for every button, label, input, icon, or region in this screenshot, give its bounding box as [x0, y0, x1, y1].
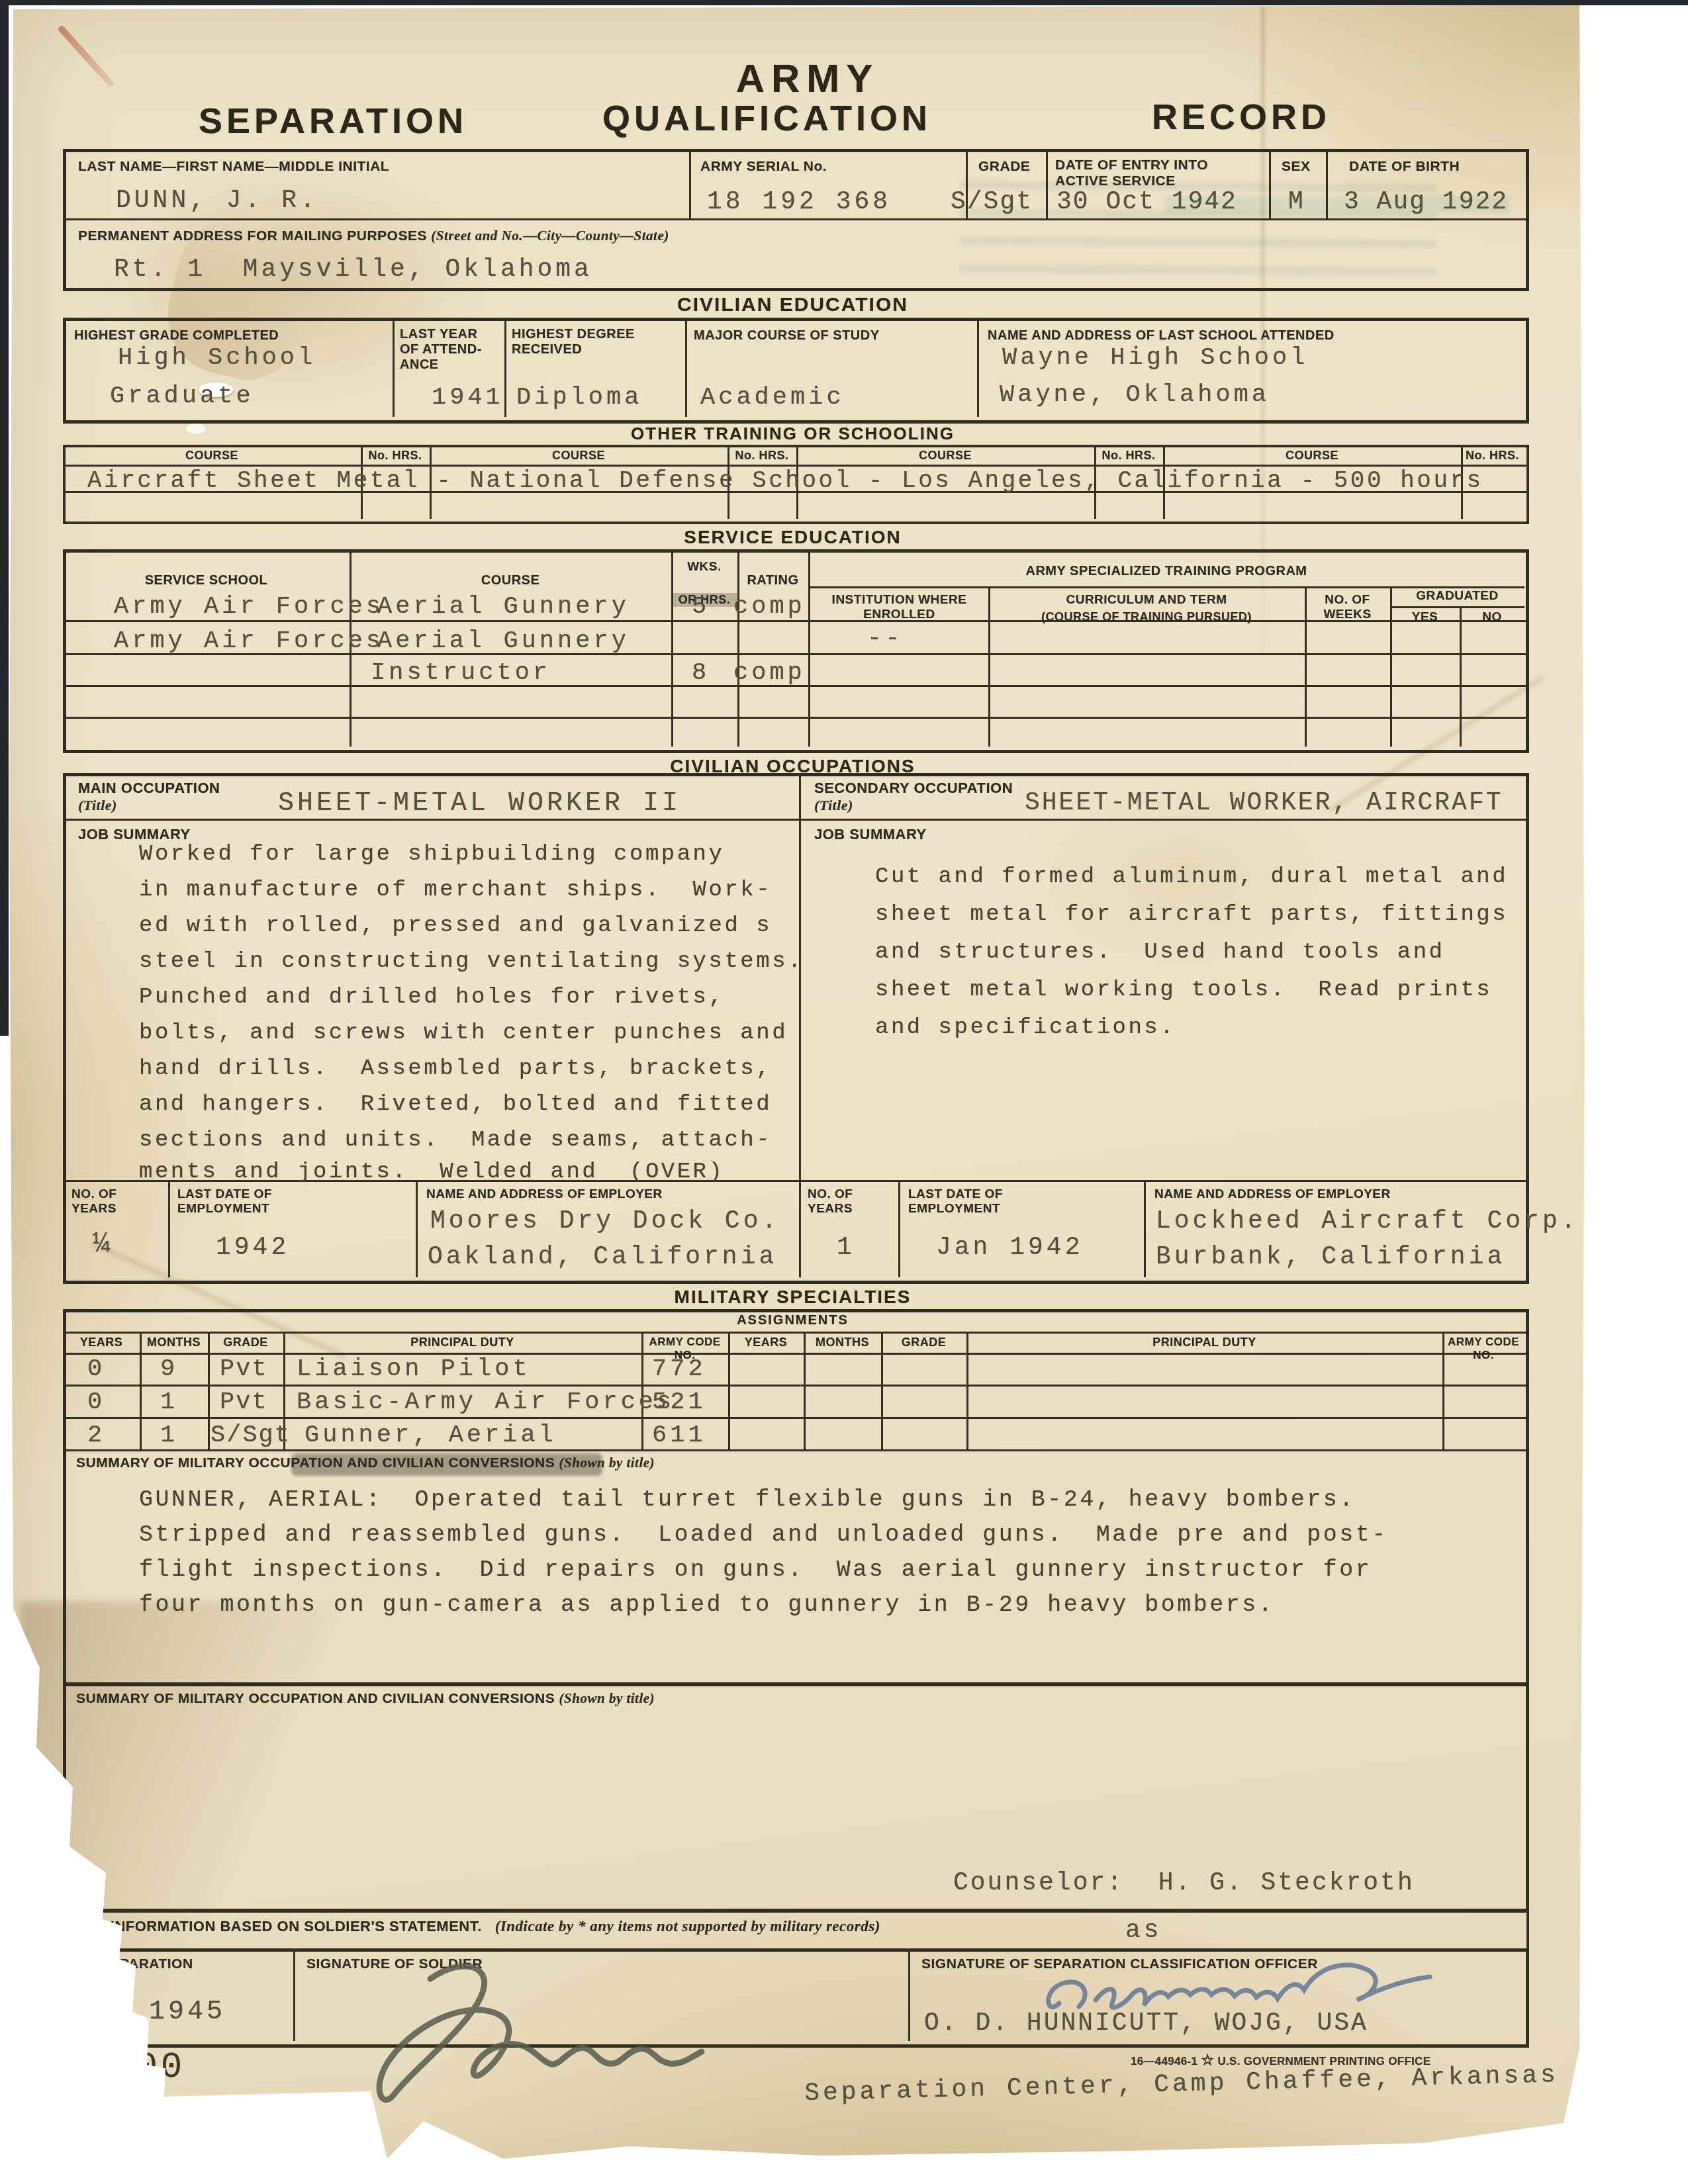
last-year-label: LAST YEAR OF ATTEND-ANCE	[400, 327, 492, 373]
ms-row-years: 0	[87, 1388, 105, 1416]
main-summary-line: Punched and drilled holes for rivets,	[139, 985, 724, 1010]
secondary-summary-line: and specifications.	[875, 1015, 1176, 1040]
separation-date-value: 1945	[149, 1997, 226, 2027]
main-summary-line: Worked for large shipbuilding company	[139, 842, 724, 867]
secondary-employer-label: NAME AND ADDRESS OF EMPLOYER	[1154, 1187, 1525, 1202]
ms-summary-line: Stripped and reassembled guns. Loaded an…	[139, 1522, 1388, 1548]
secondary-last-date-label: LAST DATE OF EMPLOYMENT	[908, 1187, 1060, 1216]
secondary-years-label: NO. OF YEARS	[808, 1187, 894, 1216]
star-icon: ☆	[1201, 2052, 1214, 2068]
scan-edge-left	[0, 0, 9, 1036]
se-row-institution: --	[867, 625, 903, 653]
conversions-summary-label-note: (Shown by title)	[559, 1690, 655, 1706]
assignments-label: ASSIGNMENTS	[63, 1313, 1523, 1328]
secondary-summary-line: and structures. Used hand tools and	[875, 940, 1445, 965]
ot-hrs-label: No. HRS.	[1461, 449, 1524, 463]
address-label: PERMANENT ADDRESS FOR MAILING PURPOSES (…	[78, 228, 669, 244]
ms-row-grade: Pvt	[220, 1355, 268, 1383]
officer-signature	[1033, 1954, 1443, 2026]
ms-summary-line: four months on gun-camera as applied to …	[139, 1592, 1274, 1618]
main-employer-value-2: Oakland, California	[428, 1243, 777, 1271]
main-years-value: ¼	[93, 1228, 113, 1261]
school-label: NAME AND ADDRESS OF LAST SCHOOL ATTENDED	[988, 328, 1504, 343]
main-employer-value-1: Moores Dry Dock Co.	[430, 1207, 780, 1236]
ms-row-months: 9	[160, 1355, 178, 1383]
secondary-last-date-value: Jan 1942	[936, 1234, 1083, 1262]
se-course-label: COURSE	[350, 573, 671, 588]
name-label: LAST NAME—FIRST NAME—MIDDLE INITIAL	[78, 159, 389, 175]
secondary-job-summary-label: JOB SUMMARY	[814, 826, 927, 842]
highest-grade-value-2: Graduate	[110, 383, 254, 410]
secondary-employer-value-2: Burbank, California	[1156, 1243, 1505, 1271]
ot-course-label: COURSE	[1163, 449, 1461, 463]
secondary-occupation-label: SECONDARY OCCUPATION	[814, 780, 1013, 796]
birth-date-value: 3 Aug 1922	[1344, 188, 1508, 216]
statement-text: HIS INFORMATION BASED ON SOLDIER'S STATE…	[81, 1918, 880, 1935]
graduated-yes-label: YES	[1390, 610, 1460, 625]
se-row-wks: 5	[692, 593, 710, 621]
main-years-label: NO. OF YEARS	[71, 1187, 158, 1216]
se-row-course: Aerial Gunnery	[377, 593, 630, 621]
ms-row-duty: Basic-Army Air Forces	[297, 1388, 675, 1416]
weeks-label: NO. OF WEEKS	[1305, 593, 1390, 622]
main-last-date-value: 1942	[216, 1234, 289, 1262]
civilian-education-heading: CIVILIAN EDUCATION	[63, 294, 1523, 316]
se-row-course: Instructor	[371, 659, 551, 687]
statement-text-note: (Indicate by * any items not supported b…	[495, 1918, 880, 1934]
main-job-summary-label: JOB SUMMARY	[78, 826, 191, 842]
secondary-title-label: (Title)	[814, 797, 853, 813]
ms-row-months: 1	[160, 1422, 178, 1449]
se-row-school: Army Air Forces	[114, 627, 384, 655]
address-label-note: (Street and No.—City—County—State)	[431, 228, 669, 244]
ot-course-label: COURSE	[430, 449, 727, 463]
ms-years-label: YEARS	[63, 1336, 140, 1349]
graduated-no-label: NO	[1460, 610, 1524, 625]
entry-date-value: 30 Oct 1942	[1056, 188, 1237, 216]
ms-duty-label: PRINCIPAL DUTY	[283, 1336, 641, 1349]
rating-label: RATING	[737, 573, 808, 588]
ms-summary-line: GUNNER, AERIAL: Operated tail turret fle…	[139, 1486, 1356, 1513]
service-school-label: SERVICE SCHOOL	[63, 573, 350, 588]
entry-date-label: DATE OF ENTRY INTO ACTIVE SERVICE	[1055, 158, 1234, 189]
institution-label: INSTITUTION WHERE ENROLLED	[828, 593, 970, 622]
main-occupation-title: SHEET-METAL WORKER II	[278, 789, 681, 819]
ms-duty-label: PRINCIPAL DUTY	[966, 1336, 1442, 1349]
highest-grade-value-1: High School	[118, 344, 316, 372]
main-summary-line: hand drills. Assembled parts, brackets,	[139, 1056, 772, 1081]
service-education-heading: SERVICE EDUCATION	[63, 527, 1523, 548]
ms-row-code: 611	[652, 1422, 706, 1449]
main-title-label: (Title)	[78, 797, 117, 813]
sex-label: SEX	[1282, 159, 1311, 175]
secondary-summary-line: sheet metal for aircraft parts, fittings	[875, 902, 1508, 927]
secondary-occupation-title: SHEET-METAL WORKER, AIRCRAFT	[1025, 789, 1503, 817]
main-summary-line: in manufacture of merchant ships. Work-	[139, 878, 772, 903]
se-row-rating: comp	[733, 659, 806, 687]
ot-course-label: COURSE	[63, 449, 361, 463]
astp-label: ARMY SPECIALIZED TRAINING PROGRAM	[808, 564, 1524, 579]
school-value-1: Wayne High School	[1002, 344, 1308, 372]
ms-row-months: 1	[160, 1388, 178, 1416]
ms-summary-label-text: SUMMARY OF MILITARY OCCUPATION AND CIVIL…	[76, 1455, 555, 1471]
form-title-army: ARMY	[675, 56, 940, 101]
conversions-summary-label: SUMMARY OF MILITARY OCCUPATION AND CIVIL…	[76, 1690, 655, 1707]
form-title-separation: SEPARATION	[199, 101, 463, 142]
ms-row-duty: Gunner, Aerial	[305, 1422, 557, 1449]
birth-date-label: DATE OF BIRTH	[1349, 159, 1460, 175]
ms-row-grade: Pvt	[220, 1388, 268, 1416]
ms-row-code: 772	[652, 1355, 706, 1383]
main-occupation-label: MAIN OCCUPATION	[78, 780, 220, 796]
ot-hrs-label: No. HRS.	[727, 449, 796, 463]
degree-value: Diploma	[516, 384, 642, 412]
sex-value: M	[1288, 188, 1307, 216]
ms-grade-label: GRADE	[208, 1336, 283, 1349]
highest-grade-label: HIGHEST GRADE COMPLETED	[74, 328, 365, 343]
name-value: DUNN, J. R.	[116, 187, 318, 215]
ms-summary-label-note: (Shown by title)	[559, 1455, 655, 1471]
main-last-date-label: LAST DATE OF EMPLOYMENT	[177, 1187, 330, 1216]
main-summary-line: and hangers. Riveted, bolted and fitted	[139, 1092, 772, 1117]
scanned-document: ARMY SEPARATION QUALIFICATION RECORD LAS…	[0, 0, 1688, 2184]
last-year-value: 1941	[432, 384, 504, 412]
main-summary-line: ed with rolled, pressed and galvanized s	[139, 913, 772, 938]
address-label-text: PERMANENT ADDRESS FOR MAILING PURPOSES	[78, 228, 427, 244]
grade-label: GRADE	[978, 159, 1030, 175]
serial-label: ARMY SERIAL No.	[700, 159, 827, 175]
major-course-value: Academic	[700, 384, 845, 412]
ms-code-label: ARMY CODE NO.	[1442, 1336, 1524, 1361]
se-row-wks: 8	[692, 659, 710, 687]
stain-scratch	[57, 24, 115, 88]
form-title-record: RECORD	[1132, 97, 1350, 138]
ms-row-years: 0	[87, 1355, 105, 1383]
se-row-school: Army Air Forces	[114, 593, 384, 621]
main-summary-line: steel in constructing ventilating system…	[139, 949, 804, 974]
school-value-2: Wayne, Oklahoma	[1000, 381, 1270, 409]
se-row-course: Aerial Gunnery	[377, 627, 630, 655]
ms-row-grade: S/Sgt	[211, 1422, 291, 1449]
print-code: 16—44946-1	[1131, 2055, 1197, 2068]
ms-grade-label: GRADE	[881, 1336, 966, 1349]
counselor-line: Counselor: H. G. Steckroth	[953, 1869, 1415, 1897]
main-summary-line: sections and units. Made seams, attach-	[139, 1128, 772, 1153]
scan-edge-top	[0, 0, 1688, 5]
secondary-years-value: 1	[837, 1234, 855, 1262]
ot-course-label: COURSE	[796, 449, 1094, 463]
degree-label: HIGHEST DEGREE RECEIVED	[512, 327, 644, 357]
paper-sheet: ARMY SEPARATION QUALIFICATION RECORD LAS…	[0, 0, 1688, 2184]
serial-value: 18 192 368	[707, 188, 891, 216]
military-specialties-heading: MILITARY SPECIALTIES	[63, 1287, 1523, 1308]
ot-hrs-label: No. HRS.	[1094, 449, 1163, 463]
separation-date-label: SEPARATION	[101, 1956, 193, 1972]
ms-row-code: 521	[652, 1388, 706, 1416]
ms-years-label: YEARS	[728, 1336, 804, 1349]
ms-summary-label: SUMMARY OF MILITARY OCCUPATION AND CIVIL…	[76, 1455, 655, 1471]
other-training-heading: OTHER TRAINING OR SCHOOLING	[63, 424, 1523, 444]
statement-typed: as	[1125, 1917, 1162, 1945]
ms-months-label: MONTHS	[140, 1336, 208, 1349]
ms-summary-line: flight inspections. Did repairs on guns.…	[139, 1557, 1372, 1583]
other-training-entry: Aircraft Sheet Metal - National Defense …	[87, 467, 1483, 494]
soldier-signature	[331, 1952, 794, 2105]
footer-number: 100	[111, 2048, 185, 2088]
main-employer-label: NAME AND ADDRESS OF EMPLOYER	[426, 1187, 797, 1202]
grade-value: S/Sgt	[951, 188, 1033, 216]
wks-label-1: WKS.	[671, 560, 737, 574]
curriculum-label-1: CURRICULUM AND TERM	[988, 593, 1305, 608]
secondary-summary-line: sheet metal working tools. Read prints	[875, 978, 1492, 1003]
statement-text-main: HIS INFORMATION BASED ON SOLDIER'S STATE…	[81, 1918, 482, 1934]
se-row-rating: comp	[733, 593, 806, 621]
secondary-summary-line: Cut and formed aluminum, dural metal and	[875, 864, 1508, 889]
ms-months-label: MONTHS	[804, 1336, 881, 1349]
address-value: Rt. 1 Maysville, Oklahoma	[114, 255, 592, 284]
ot-hrs-label: No. HRS.	[361, 449, 430, 463]
form-title-qualification: QUALIFICATION	[602, 98, 920, 139]
graduated-label: GRADUATED	[1390, 589, 1524, 604]
main-summary-line: ments and joints. Welded and (OVER)	[139, 1160, 724, 1185]
pen-mark	[78, 2048, 108, 2107]
ms-row-years: 2	[87, 1422, 105, 1449]
conversions-summary-label-text: SUMMARY OF MILITARY OCCUPATION AND CIVIL…	[76, 1691, 555, 1706]
curriculum-label-2: (COURSE OF TRAINING PURSUED)	[988, 610, 1305, 624]
major-course-label: MAJOR COURSE OF STUDY	[694, 328, 959, 343]
ms-row-duty: Liaison Pilot	[297, 1355, 531, 1383]
main-summary-line: bolts, and screws with center punches an…	[139, 1021, 788, 1046]
secondary-employer-value-1: Lockheed Aircraft Corp.	[1156, 1207, 1579, 1236]
